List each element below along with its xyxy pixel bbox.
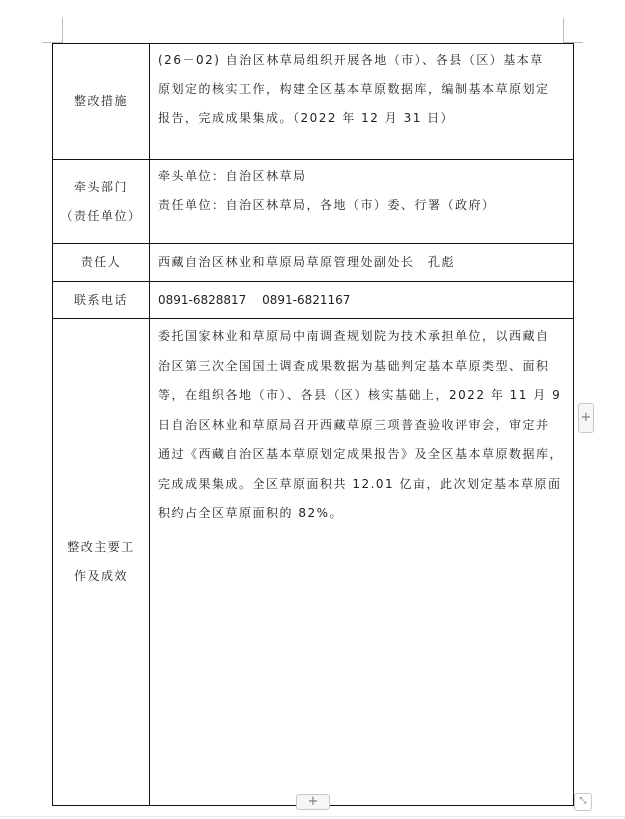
label-text: 整改主要工 — [54, 533, 148, 562]
table-row-measures: 整改措施 (26－02) 自治区林草局组织开展各地（市）、各县（区）基本草 原划… — [53, 44, 574, 160]
table-resize-handle[interactable]: ⤡ — [574, 793, 592, 811]
content-cell[interactable]: 委托国家林业和草原局中南调查规划院为技术承担单位，以西藏自 治区第三次全国国土调… — [150, 319, 574, 806]
content-line: (26－02) 自治区林草局组织开展各地（市）、各县（区）基本草 — [158, 46, 567, 75]
table-row-responsible-person: 责任人 西藏自治区林业和草原局草原管理处副处长 孔彪 — [53, 244, 574, 282]
add-column-button[interactable]: + — [578, 403, 594, 433]
add-row-button[interactable]: + — [296, 794, 330, 810]
table-row-lead-dept: 牵头部门 （责任单位） 牵头单位：自治区林草局 责任单位：自治区林草局，各地（市… — [53, 160, 574, 244]
content-line: 通过《西藏自治区基本草原划定成果报告》及全区基本草原数据库， — [158, 440, 567, 470]
label-cell[interactable]: 责任人 — [53, 244, 150, 282]
page-corner-mark — [563, 18, 564, 43]
content-cell[interactable]: 牵头单位：自治区林草局 责任单位：自治区林草局，各地（市）委、行署（政府） — [150, 160, 574, 244]
label-text: 整改措施 — [74, 94, 128, 108]
page-corner-mark — [62, 18, 63, 43]
phone-numbers: 0891-6828817 0891-6821167 — [158, 293, 350, 307]
content-line: 完成成果集成。全区草原面积共 12.01 亿亩，此次划定基本草原面 — [158, 470, 567, 500]
label-cell[interactable]: 整改主要工 作及成效 — [53, 319, 150, 806]
content-line: 委托国家林业和草原局中南调查规划院为技术承担单位，以西藏自 — [158, 322, 567, 352]
label-text: 牵头部门 — [54, 173, 148, 202]
content-line: 责任单位：自治区林草局，各地（市）委、行署（政府） — [158, 191, 567, 220]
content-line: 西藏自治区林业和草原局草原管理处副处长 孔彪 — [158, 255, 455, 269]
content-cell[interactable]: (26－02) 自治区林草局组织开展各地（市）、各县（区）基本草 原划定的核实工… — [150, 44, 574, 160]
content-line: 日自治区林业和草原局召开西藏草原三项普查验收评审会，审定并 — [158, 411, 567, 441]
page-bottom-divider — [0, 816, 625, 817]
label-text: 联系电话 — [74, 293, 128, 307]
label-cell[interactable]: 牵头部门 （责任单位） — [53, 160, 150, 244]
content-line: 积约占全区草原面积的 82%。 — [158, 499, 567, 529]
content-line: 报告，完成成果集成。（2022 年 12 月 31 日） — [158, 104, 567, 133]
content-cell[interactable]: 西藏自治区林业和草原局草原管理处副处长 孔彪 — [150, 244, 574, 282]
content-line: 等，在组织各地（市）、各县（区）核实基础上，2022 年 11 月 9 — [158, 381, 567, 411]
content-line: 牵头单位：自治区林草局 — [158, 162, 567, 191]
content-cell[interactable]: 0891-6828817 0891-6821167 — [150, 282, 574, 319]
label-text: 责任人 — [81, 255, 122, 269]
label-text: （责任单位） — [54, 202, 148, 231]
rectification-table: 整改措施 (26－02) 自治区林草局组织开展各地（市）、各县（区）基本草 原划… — [52, 43, 574, 806]
content-line: 治区第三次全国国土调查成果数据为基础判定基本草原类型、面积 — [158, 352, 567, 382]
table-row-phone: 联系电话 0891-6828817 0891-6821167 — [53, 282, 574, 319]
content-line: 原划定的核实工作，构建全区基本草原数据库，编制基本草原划定 — [158, 75, 567, 104]
label-text: 作及成效 — [54, 562, 148, 591]
label-cell[interactable]: 整改措施 — [53, 44, 150, 160]
label-cell[interactable]: 联系电话 — [53, 282, 150, 319]
table-row-main-work: 整改主要工 作及成效 委托国家林业和草原局中南调查规划院为技术承担单位，以西藏自… — [53, 319, 574, 806]
